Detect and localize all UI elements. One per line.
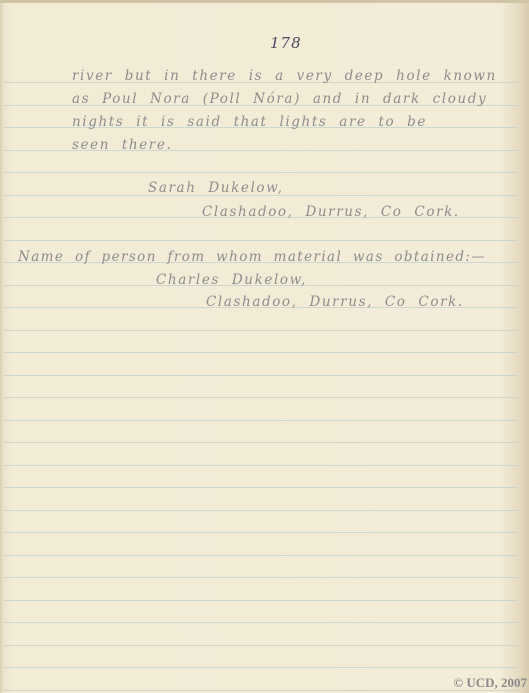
ruled-line [4, 240, 518, 241]
ruled-line [4, 375, 518, 376]
ruled-line [4, 532, 518, 533]
ruled-line [4, 555, 518, 556]
body-line-3: nights it is said that lights are to be [72, 114, 427, 130]
informant-address: Clashadoo, Durrus, Co Cork. [206, 294, 464, 310]
ruled-line [4, 600, 518, 601]
ruled-line [4, 622, 518, 623]
ruled-line [4, 465, 518, 466]
ruled-line [4, 330, 518, 331]
copyright-watermark: © UCD, 2007 [453, 675, 527, 691]
body-line-2: as Poul Nora (Poll Nóra) and in dark clo… [72, 91, 487, 107]
ruled-line [4, 645, 518, 646]
ruled-line [4, 667, 518, 668]
informant-name: Charles Dukelow, [156, 272, 307, 288]
author-address: Clashadoo, Durrus, Co Cork. [202, 204, 460, 220]
ruled-line [4, 442, 518, 443]
author-name: Sarah Dukelow, [148, 180, 284, 196]
ruled-line [4, 510, 518, 511]
body-line-4: seen there. [72, 137, 172, 153]
page-number: 178 [270, 34, 302, 52]
ruled-line [4, 352, 518, 353]
ruled-line [4, 420, 518, 421]
ruled-line [4, 690, 518, 691]
body-line-1: river but in there is a very deep hole k… [72, 68, 497, 84]
ruled-line [4, 172, 518, 173]
ruled-line [4, 577, 518, 578]
ruled-line [4, 397, 518, 398]
notebook-page: 178 river but in there is a very deep ho… [0, 0, 529, 693]
ruled-line [4, 487, 518, 488]
informant-label: Name of person from whom material was ob… [18, 249, 486, 265]
page-top-edge [0, 0, 529, 3]
